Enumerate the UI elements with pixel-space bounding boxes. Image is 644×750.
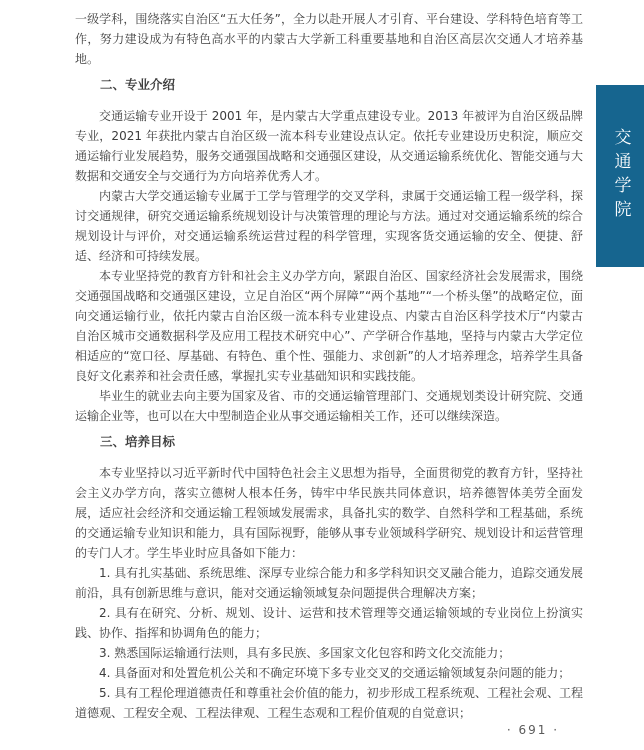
list-item: 5. 具有工程伦理道德责任和尊重社会价值的能力，初步形成工程系统观、工程社会观、…	[75, 683, 583, 723]
side-tab-label: 交通学院	[612, 128, 629, 224]
page-number: · 691 ·	[493, 723, 573, 737]
list-item: 1. 具有扎实基础、系统思维、深厚专业综合能力和多学科知识交叉融合能力，追踪交通…	[75, 563, 583, 603]
list-item: 2. 具有在研究、分析、规划、设计、运营和技术管理等交通运输领域的专业岗位上扮演…	[75, 603, 583, 643]
list-item: 4. 具备面对和处置危机公关和不确定环境下多专业交叉的交通运输领域复杂问题的能力…	[75, 663, 583, 683]
document-content: 一级学科，围绕落实自治区“五大任务”，全力以赴开展人才引育、平台建设、学科特色培…	[75, 9, 583, 723]
paragraph: 内蒙古大学交通运输专业属于工学与管理学的交叉学科，隶属于交通运输工程一级学科，探…	[75, 186, 583, 266]
section-heading-training-goals: 三、培养目标	[75, 432, 583, 452]
document-page: 一级学科，围绕落实自治区“五大任务”，全力以赴开展人才引育、平台建设、学科特色培…	[0, 0, 644, 750]
paragraph: 本专业坚持党的教育方针和社会主义办学方向，紧跟自治区、国家经济社会发展需求，围绕…	[75, 266, 583, 386]
side-tab-college: 交通学院	[596, 85, 644, 267]
paragraph: 交通运输专业开设于 2001 年，是内蒙古大学重点建设专业。2013 年被评为自…	[75, 106, 583, 186]
paragraph: 本专业坚持以习近平新时代中国特色社会主义思想为指导，全面贯彻党的教育方针，坚持社…	[75, 463, 583, 563]
paragraph-continuation: 一级学科，围绕落实自治区“五大任务”，全力以赴开展人才引育、平台建设、学科特色培…	[75, 9, 583, 69]
paragraph: 毕业生的就业去向主要为国家及省、市的交通运输管理部门、交通规划类设计研究院、交通…	[75, 386, 583, 426]
list-item: 3. 熟悉国际运输通行法则，具有多民族、多国家文化包容和跨文化交流能力；	[75, 643, 583, 663]
section-heading-major-intro: 二、专业介绍	[75, 75, 583, 95]
